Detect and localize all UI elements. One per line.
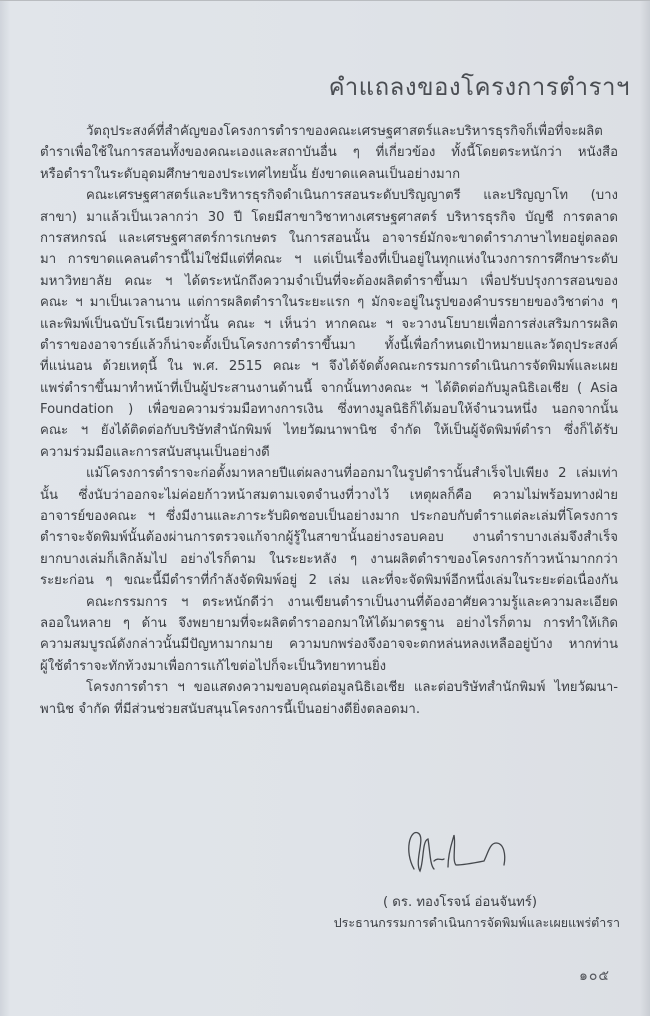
text-line: พานิช จำกัด ที่มีส่วนช่วยสนับสนุนโครงการ… (40, 699, 618, 720)
paragraph-4: คณะกรรมการ ฯ ตระหนักดีว่า งานเขียนตำราเป… (40, 592, 618, 678)
text-line: แพร่ตำราขึ้นมาทำหน้าที่เป็นผู้ประสานงานด… (40, 378, 618, 399)
text-line: มา การขาดแคลนตำรานี้ไม่ใช่มีแต่ที่คณะ ฯ … (40, 249, 618, 270)
text-line: ที่แน่นอน ด้วยเหตุนี้ ใน พ.ศ. 2515 คณะ ฯ… (40, 356, 618, 377)
text-line: คณะเศรษฐศาสตร์และบริหารธุรกิจดำเนินการสอ… (40, 185, 618, 206)
text-line: ความสมบูรณ์ดังกล่าวนั้นมีปัญหามากมาย ควา… (40, 634, 618, 655)
text-line: ตำราของอาจารย์แล้วก็น่าจะตั้งเป็นโครงการ… (40, 335, 618, 356)
text-line: วัตถุประสงค์ที่สำคัญของโครงการตำราของคณะ… (40, 121, 618, 142)
text-line: Foundation ) เพื่อขอความร่วมมือทางการเงิ… (40, 399, 618, 420)
text-line: ตำราเพื่อใช้ในการสอนทั้งของคณะเองและสถาบ… (40, 142, 618, 163)
paragraph-2: คณะเศรษฐศาสตร์และบริหารธุรกิจดำเนินการสอ… (40, 185, 618, 463)
paragraph-5: โครงการตำรา ฯ ขอแสดงความขอบคุณต่อมูลนิธิ… (40, 677, 618, 720)
text-line: สาขา) มาแล้วเป็นเวลากว่า 30 ปี โดยมีสาขา… (40, 207, 618, 228)
signatory-position: ประธานกรรมการดำเนินการจัดพิมพ์และเผยแพร่… (330, 913, 620, 933)
text-line: อาจารย์ของคณะ ฯ ซึ่งมีงานและภาระรับผิดชอ… (40, 506, 618, 527)
text-line: ตำราจะจัดพิมพ์นั้นต้องผ่านการตรวจแก้จากผ… (40, 527, 618, 548)
text-line: และพิมพ์เป็นฉบับโรเนียวเท่านั้น คณะ ฯ เห… (40, 314, 618, 335)
text-line: หรือตำราในระดับอุดมศึกษาของประเทศไทยนั้น… (40, 164, 618, 185)
page-number: ๑๐๕ (560, 965, 610, 987)
paragraph-1: วัตถุประสงค์ที่สำคัญของโครงการตำราของคณะ… (40, 121, 618, 185)
page-title: คำแถลงของโครงการตำราฯ (300, 67, 630, 106)
text-line: ผู้ใช้ตำราจะทักท้วงมาเพื่อการแก้ไขต่อไปก… (40, 656, 618, 677)
text-line: ความร่วมมือและการสนับสนุนเป็นอย่างดี (40, 442, 618, 463)
document-page: คำแถลงของโครงการตำราฯ วัตถุประสงค์ที่สำค… (0, 0, 650, 1016)
text-line: ยากบางเล่มก็เลิกล้มไป อย่างไรก็ตาม ในระย… (40, 549, 618, 570)
signatory-name: ( ดร. ทองโรจน์ อ่อนจันทร์) (340, 891, 580, 912)
handwritten-signature-icon (400, 821, 550, 881)
text-line: โครงการตำรา ฯ ขอแสดงความขอบคุณต่อมูลนิธิ… (40, 677, 618, 698)
text-line: ระยะก่อน ๆ ขณะนี้มีตำราที่กำลังจัดพิมพ์อ… (40, 570, 618, 591)
text-line: นั้น ซึ่งนับว่าออกจะไม่ค่อยก้าวหน้าสมตาม… (40, 485, 618, 506)
text-line: คณะ ฯ ยังได้ติดต่อกับบริษัทสำนักพิมพ์ ไท… (40, 420, 618, 441)
text-line: มหาวิทยาลัย คณะ ฯ ได้ตระหนักถึงความจำเป็… (40, 271, 618, 292)
text-line: คณะกรรมการ ฯ ตระหนักดีว่า งานเขียนตำราเป… (40, 592, 618, 613)
text-line: การสหกรณ์ และเศรษฐศาสตร์การเกษตร ในการสอ… (40, 228, 618, 249)
text-line: ลออในหลาย ๆ ด้าน จึงพยายามที่จะผลิตตำราอ… (40, 613, 618, 634)
paragraph-3: แม้โครงการตำราจะก่อตั้งมาหลายปีแต่ผลงานท… (40, 463, 618, 591)
document-body: วัตถุประสงค์ที่สำคัญของโครงการตำราของคณะ… (40, 121, 618, 720)
text-line: แม้โครงการตำราจะก่อตั้งมาหลายปีแต่ผลงานท… (40, 463, 618, 484)
text-line: คณะ ฯ มาเป็นเวลานาน แต่การผลิตตำราในระยะ… (40, 292, 618, 313)
